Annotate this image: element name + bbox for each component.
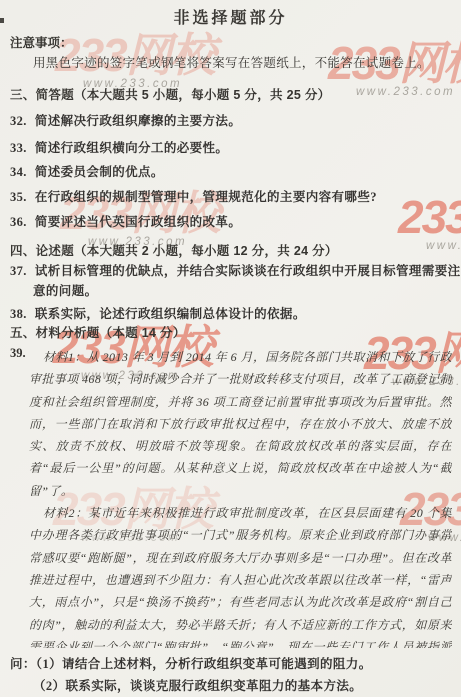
exam-paper: 233网校 www.233.com 233网校 www.233.com 233网… (0, 0, 461, 697)
notice-text: 用黑色字迹的签字笔或钢笔将答案写在答题纸上，不能答在试题卷上。 (33, 53, 430, 71)
question-number: 36. (10, 215, 27, 229)
material-passages: 材料1：从 2013 年 3 月到 2014 年 6 月，国务院各部门共取消和下… (29, 346, 452, 648)
material-question-2: （2）联系实际，谈谈克服行政组织变革阻力的基本方法。 (33, 676, 362, 694)
question-item-36: 36.简要评述当代英国行政组织的改革。 (10, 212, 461, 232)
question-text: 简述行政组织横向分工的必要性。 (35, 141, 229, 155)
question-number: 32. (10, 114, 27, 128)
section-heading-material-analysis: 五、材料分析题（本题 14 分） (10, 323, 186, 341)
material-question-1: 问：（1）请结合上述材料，分析行政组织变革可能遇到的阻力。 (10, 654, 372, 672)
exam-content: 非选择题部分 注意事项： 用黑色字迹的签字笔或钢笔将答案写在答题纸上，不能答在试… (0, 0, 461, 697)
question-text: 联系实际，论述行政组织编制总体设计的依据。 (35, 307, 306, 321)
notice-label: 注意事项： (10, 33, 73, 51)
question-number: 37. (10, 264, 27, 278)
question-number-39: 39. (10, 346, 26, 361)
question-text: 简述解决行政组织摩擦的主要方法。 (35, 114, 241, 128)
question-number: 35. (10, 190, 27, 204)
page-title: 非选择题部分 (0, 5, 461, 28)
section-heading-essay: 四、论述题（本大题共 2 小题，每小题 12 分，共 24 分） (10, 241, 338, 259)
question-item-35: 35.在行政组织的规制型管理中，管理规范化的主要内容有哪些? (10, 187, 461, 207)
question-item-38: 38.联系实际，论述行政组织编制总体设计的依据。 (10, 304, 461, 324)
question-text: 在行政组织的规制型管理中，管理规范化的主要内容有哪些? (35, 190, 377, 204)
question-text: 简要评述当代英国行政组织的改革。 (35, 215, 241, 229)
question-item-33: 33.简述行政组织横向分工的必要性。 (10, 138, 461, 158)
question-number: 33. (10, 141, 27, 155)
material-2-text: 材料2：某市近年来积极推进行政审批制度改革，在区县层面建有 20 个集中办理各类… (29, 502, 452, 648)
question-item-34: 34.简述委员会制的优点。 (10, 162, 461, 182)
question-text: 简述委员会制的优点。 (35, 165, 164, 179)
question-item-32: 32.简述解决行政组织摩擦的主要方法。 (10, 111, 461, 131)
question-item-37: 37.试析目标管理的优缺点，并结合实际谈谈在行政组织中开展目标管理需要注意的问题… (10, 261, 461, 301)
scan-artifact (0, 18, 4, 23)
section-heading-short-answer: 三、简答题（本大题共 5 小题，每小题 5 分，共 25 分） (10, 85, 330, 103)
question-number: 34. (10, 165, 27, 179)
material-1-text: 材料1：从 2013 年 3 月到 2014 年 6 月，国务院各部门共取消和下… (29, 346, 452, 502)
question-text: 试析目标管理的优缺点，并结合实际谈谈在行政组织中开展目标管理需要注意的问题。 (33, 264, 461, 298)
question-number: 38. (10, 307, 27, 321)
